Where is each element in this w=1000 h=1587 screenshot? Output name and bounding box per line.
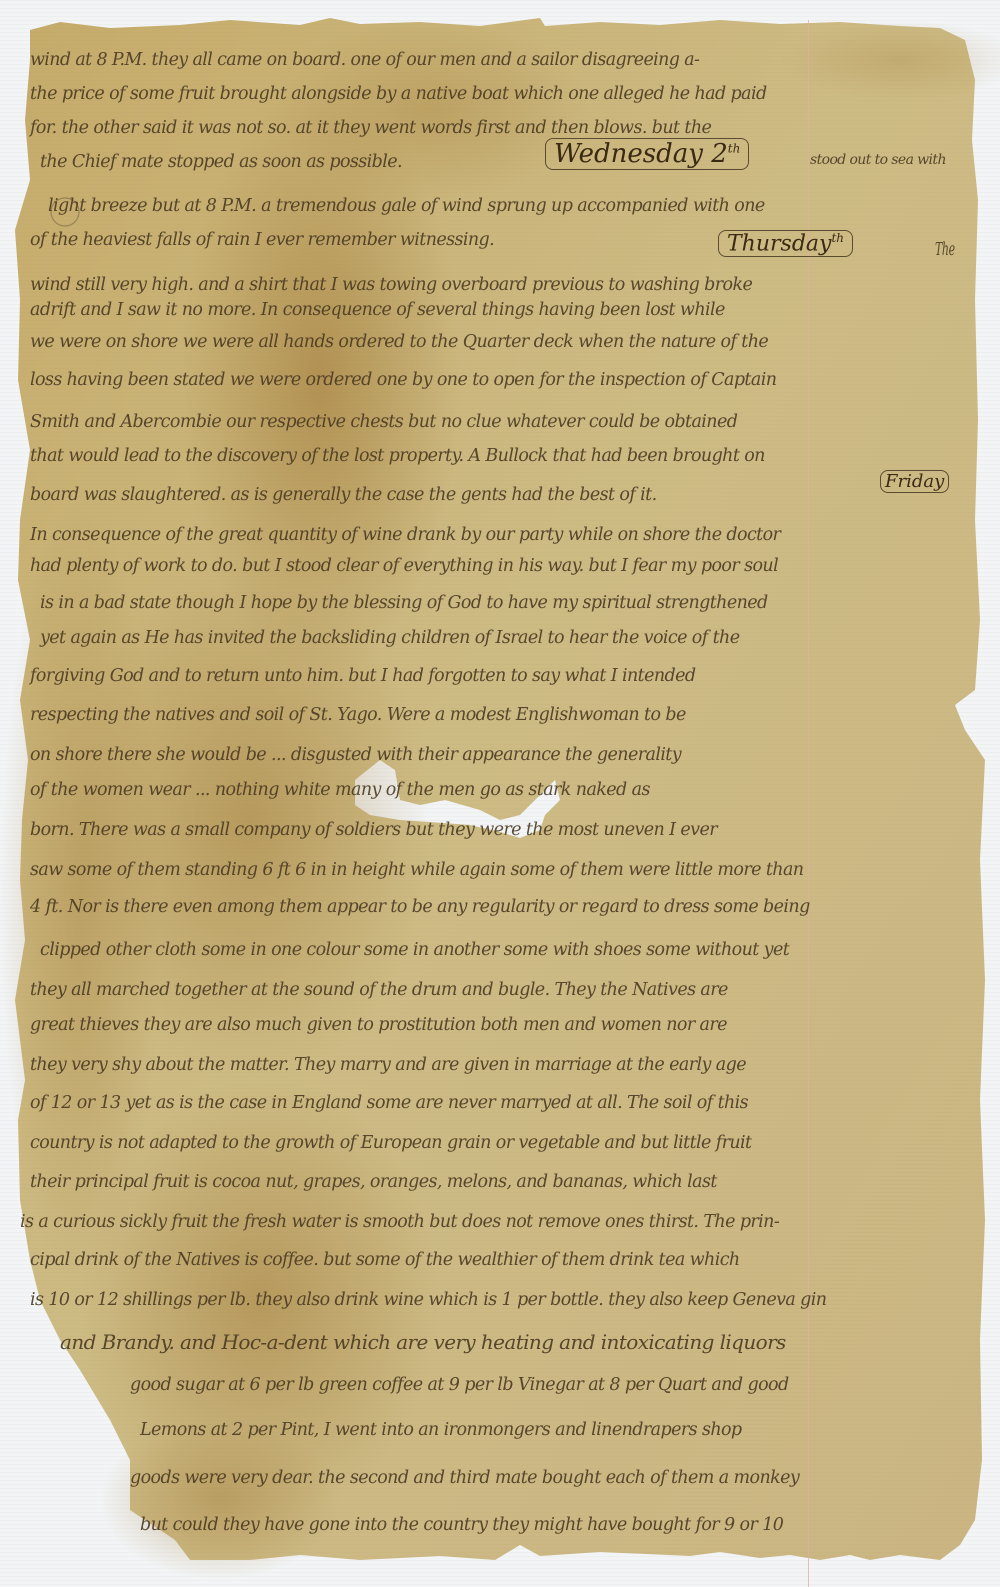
text-line: the Chief mate stopped as soon as possib… (40, 152, 402, 172)
text-line: is in a bad state though I hope by the b… (40, 593, 768, 613)
text-line: of the women wear ... nothing white many… (30, 780, 650, 800)
text-line: The (935, 240, 955, 260)
handwritten-text-body: wind at 8 P.M. they all came on board. o… (0, 0, 1000, 1587)
text-line: on shore there she would be ... disguste… (30, 745, 681, 765)
text-line: stood out to sea with (810, 152, 946, 168)
text-line: and Brandy. and Hoc-a-dent which are ver… (60, 1330, 786, 1354)
text-line: forgiving God and to return unto him. bu… (30, 666, 696, 686)
text-line: their principal fruit is cocoa nut, grap… (30, 1172, 717, 1192)
text-line: of the heaviest falls of rain I ever rem… (30, 230, 494, 250)
text-line: Smith and Abercombie our respective ches… (30, 412, 737, 432)
text-line: clipped other cloth some in one colour s… (40, 940, 789, 960)
manuscript-page: Wednesday 2th Thursdayth Friday wind at … (0, 0, 1000, 1587)
text-line: wind still very high. and a shirt that I… (30, 275, 752, 295)
text-line: we were on shore we were all hands order… (30, 332, 768, 352)
text-line: cipal drink of the Natives is coffee. bu… (30, 1250, 740, 1270)
text-line: good sugar at 6 per lb green coffee at 9… (130, 1375, 789, 1395)
text-line: great thieves they are also much given t… (30, 1015, 727, 1035)
text-line: they very shy about the matter. They mar… (30, 1055, 746, 1075)
text-line: wind at 8 P.M. they all came on board. o… (30, 50, 955, 70)
text-line: saw some of them standing 6 ft 6 in in h… (30, 860, 803, 880)
text-line: loss having been stated we were ordered … (30, 370, 776, 390)
text-line: is 10 or 12 shillings per lb. they also … (30, 1290, 826, 1310)
text-line: for. the other said it was not so. at it… (30, 118, 711, 138)
text-line: that would lead to the discovery of the … (30, 446, 765, 466)
text-line: of 12 or 13 yet as is the case in Englan… (30, 1093, 748, 1113)
text-line: is a curious sickly fruit the fresh wate… (20, 1212, 779, 1232)
text-line: light breeze but at 8 P.M. a tremendous … (48, 196, 765, 216)
text-line: Lemons at 2 per Pint, I went into an iro… (140, 1420, 742, 1440)
text-line: adrift and I saw it no more. In conseque… (30, 300, 725, 320)
text-line: yet again as He has invited the backslid… (40, 628, 739, 648)
text-line: country is not adapted to the growth of … (30, 1133, 751, 1153)
text-line: the price of some fruit brought alongsid… (30, 84, 767, 104)
text-line: but could they have gone into the countr… (140, 1515, 783, 1535)
text-line: 4 ft. Nor is there even among them appea… (30, 897, 810, 917)
text-line: goods were very dear. the second and thi… (130, 1468, 799, 1488)
text-line: respecting the natives and soil of St. Y… (30, 705, 686, 725)
text-line: had plenty of work to do. but I stood cl… (30, 556, 778, 576)
text-line: board was slaughtered. as is generally t… (30, 485, 657, 505)
text-line: In consequence of the great quantity of … (30, 525, 780, 545)
text-line: they all marched together at the sound o… (30, 980, 728, 1000)
text-line: born. There was a small company of soldi… (30, 820, 717, 840)
